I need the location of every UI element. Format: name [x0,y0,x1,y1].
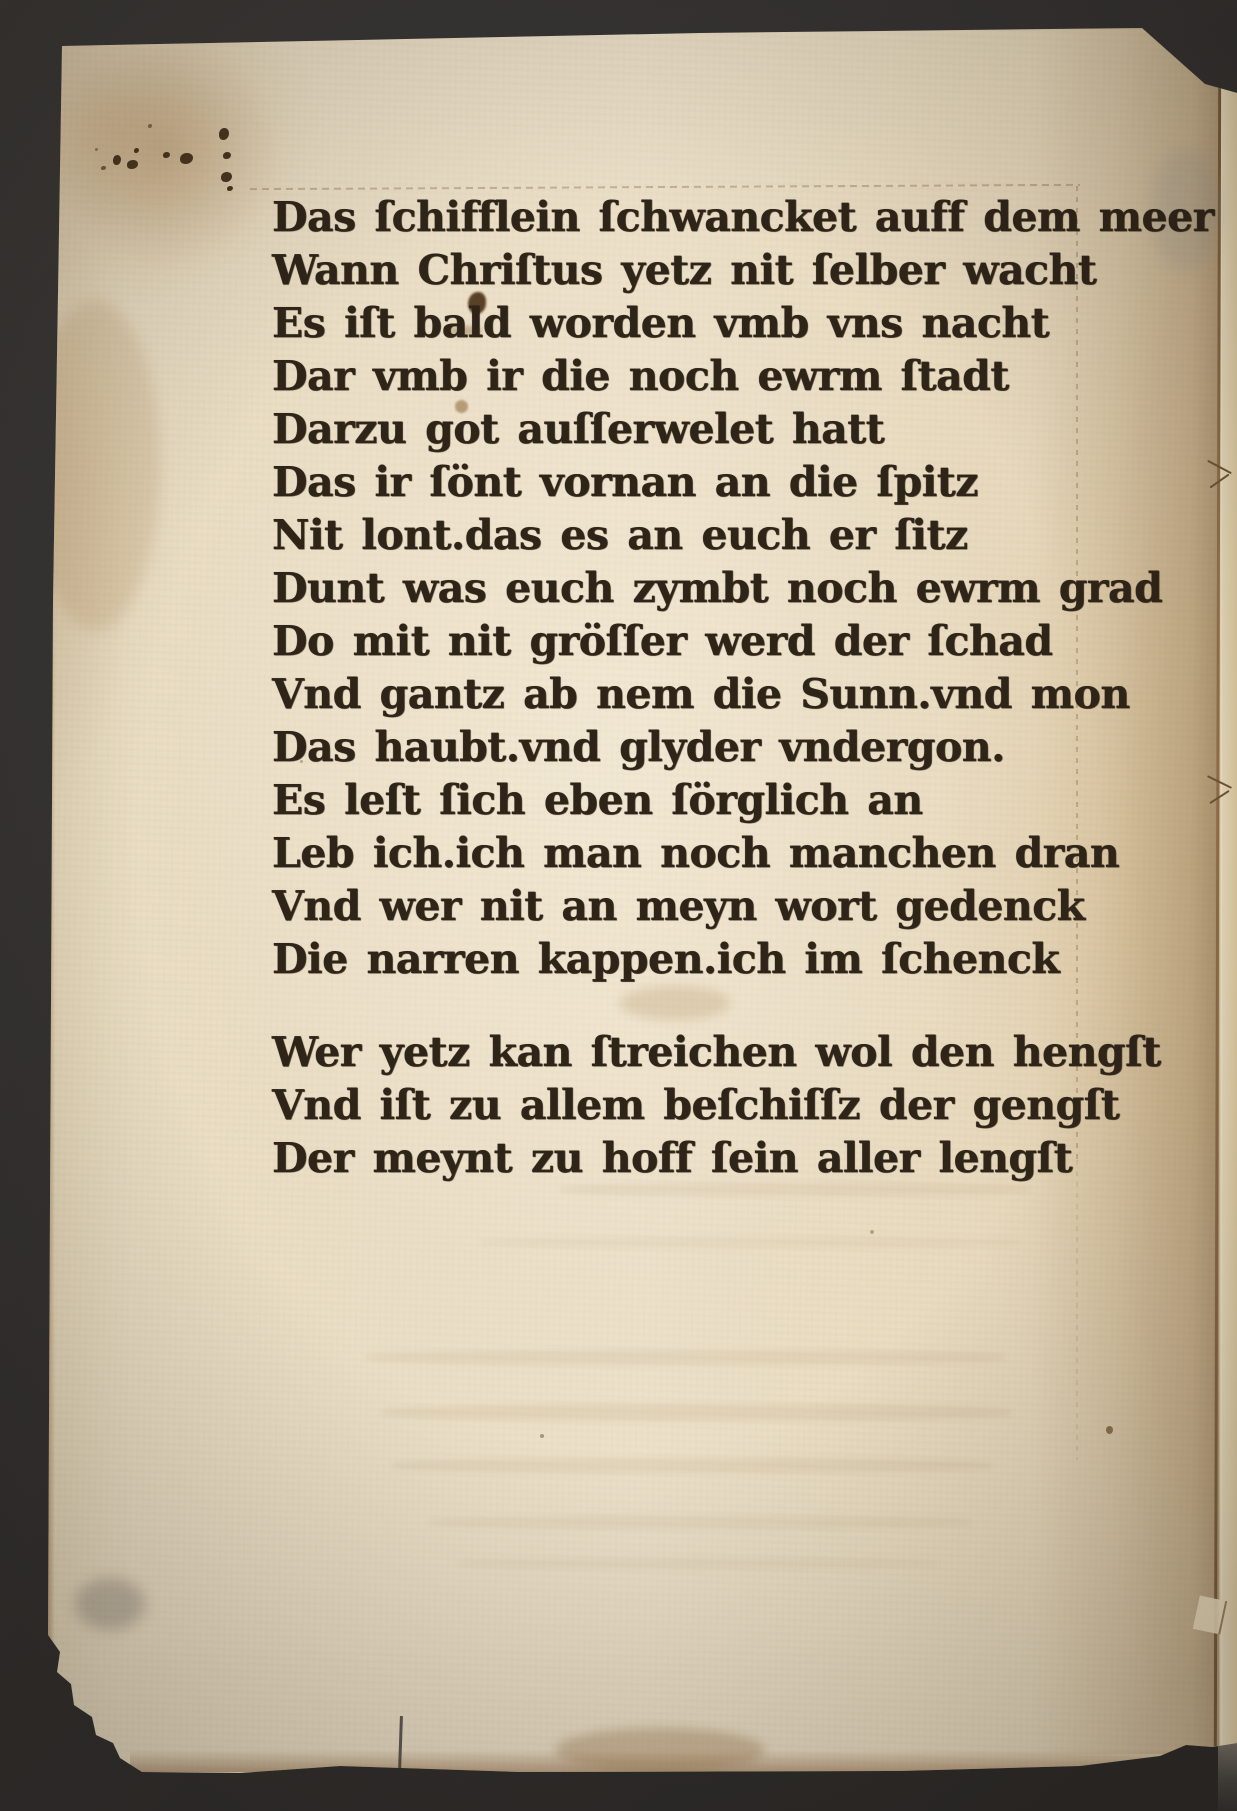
fore-edge-strip [1221,84,1237,1748]
poem-line: Das ir ſönt vornan an die ſpitz [272,456,1132,509]
poem-line: Das haubt.vnd glyder vndergon. [272,721,1132,774]
ghost-text-line [365,1350,1005,1365]
smudge [75,1578,145,1630]
poem-line: Dar vmb ir die noch ewrm ſtadt [272,350,1132,403]
stain [50,36,280,266]
poem-line: Der meynt zu hoff ſein aller lengſt [272,1132,1132,1185]
speck [540,1434,544,1438]
poem-text: Das ſchifflein ſchwancket auff dem meer … [272,191,1132,1185]
stain [30,300,160,630]
poem-line: Wer yetz kan ſtreichen wol den hengſt [272,1026,1132,1079]
under-page-edge [1218,1740,1237,1811]
poem-line: Das ſchifflein ſchwancket auff dem meer [272,191,1132,244]
speck [870,1230,874,1234]
poem-line: Dunt was euch zymbt noch ewrm grad [272,562,1132,615]
poem-line: Vnd wer nit an meyn wort gedenck [272,880,1132,933]
book-scan: Das ſchifflein ſchwancket auff dem meer … [0,0,1237,1811]
poem-stanza-2: Wer yetz kan ſtreichen wol den hengſt Vn… [272,1026,1132,1185]
book-page: Das ſchifflein ſchwancket auff dem meer … [0,0,1237,1811]
poem-line: Die narren kappen.ich im ſchenck [272,933,1132,986]
poem-line: Leb ich.ich man noch manchen dran [272,827,1132,880]
poem-line: Vnd gantz ab nem die Sunn.vnd mon [272,668,1132,721]
poem-line: Es leſt ſich eben ſörglich an [272,774,1132,827]
poem-line: Wann Chriſtus yetz nit ſelber wacht [272,244,1132,297]
poem-stanza-1: Das ſchifflein ſchwancket auff dem meer … [272,191,1132,986]
frame-rule-right-faint [1076,1160,1078,1460]
ghost-text-line [382,1404,1012,1421]
ghost-text-line [480,1237,1020,1248]
poem-line: Do mit nit gröſſer werd der ſchad [272,615,1132,668]
stain [555,1728,765,1772]
poem-line: Darzu got auſſerwelet hatt [272,403,1132,456]
speck [1106,1426,1113,1434]
ghost-text-line [458,1558,938,1569]
ghost-text-line [428,1516,973,1529]
poem-line: Vnd iſt zu allem beſchiſſz der gengſt [272,1079,1132,1132]
poem-line: Es iſt bald worden vmb vns nacht [272,297,1132,350]
page-edge-shadow-left [46,44,55,1644]
poem-line: Nit lont.das es an euch er ſitz [272,509,1132,562]
ghost-text-line [392,1458,992,1473]
